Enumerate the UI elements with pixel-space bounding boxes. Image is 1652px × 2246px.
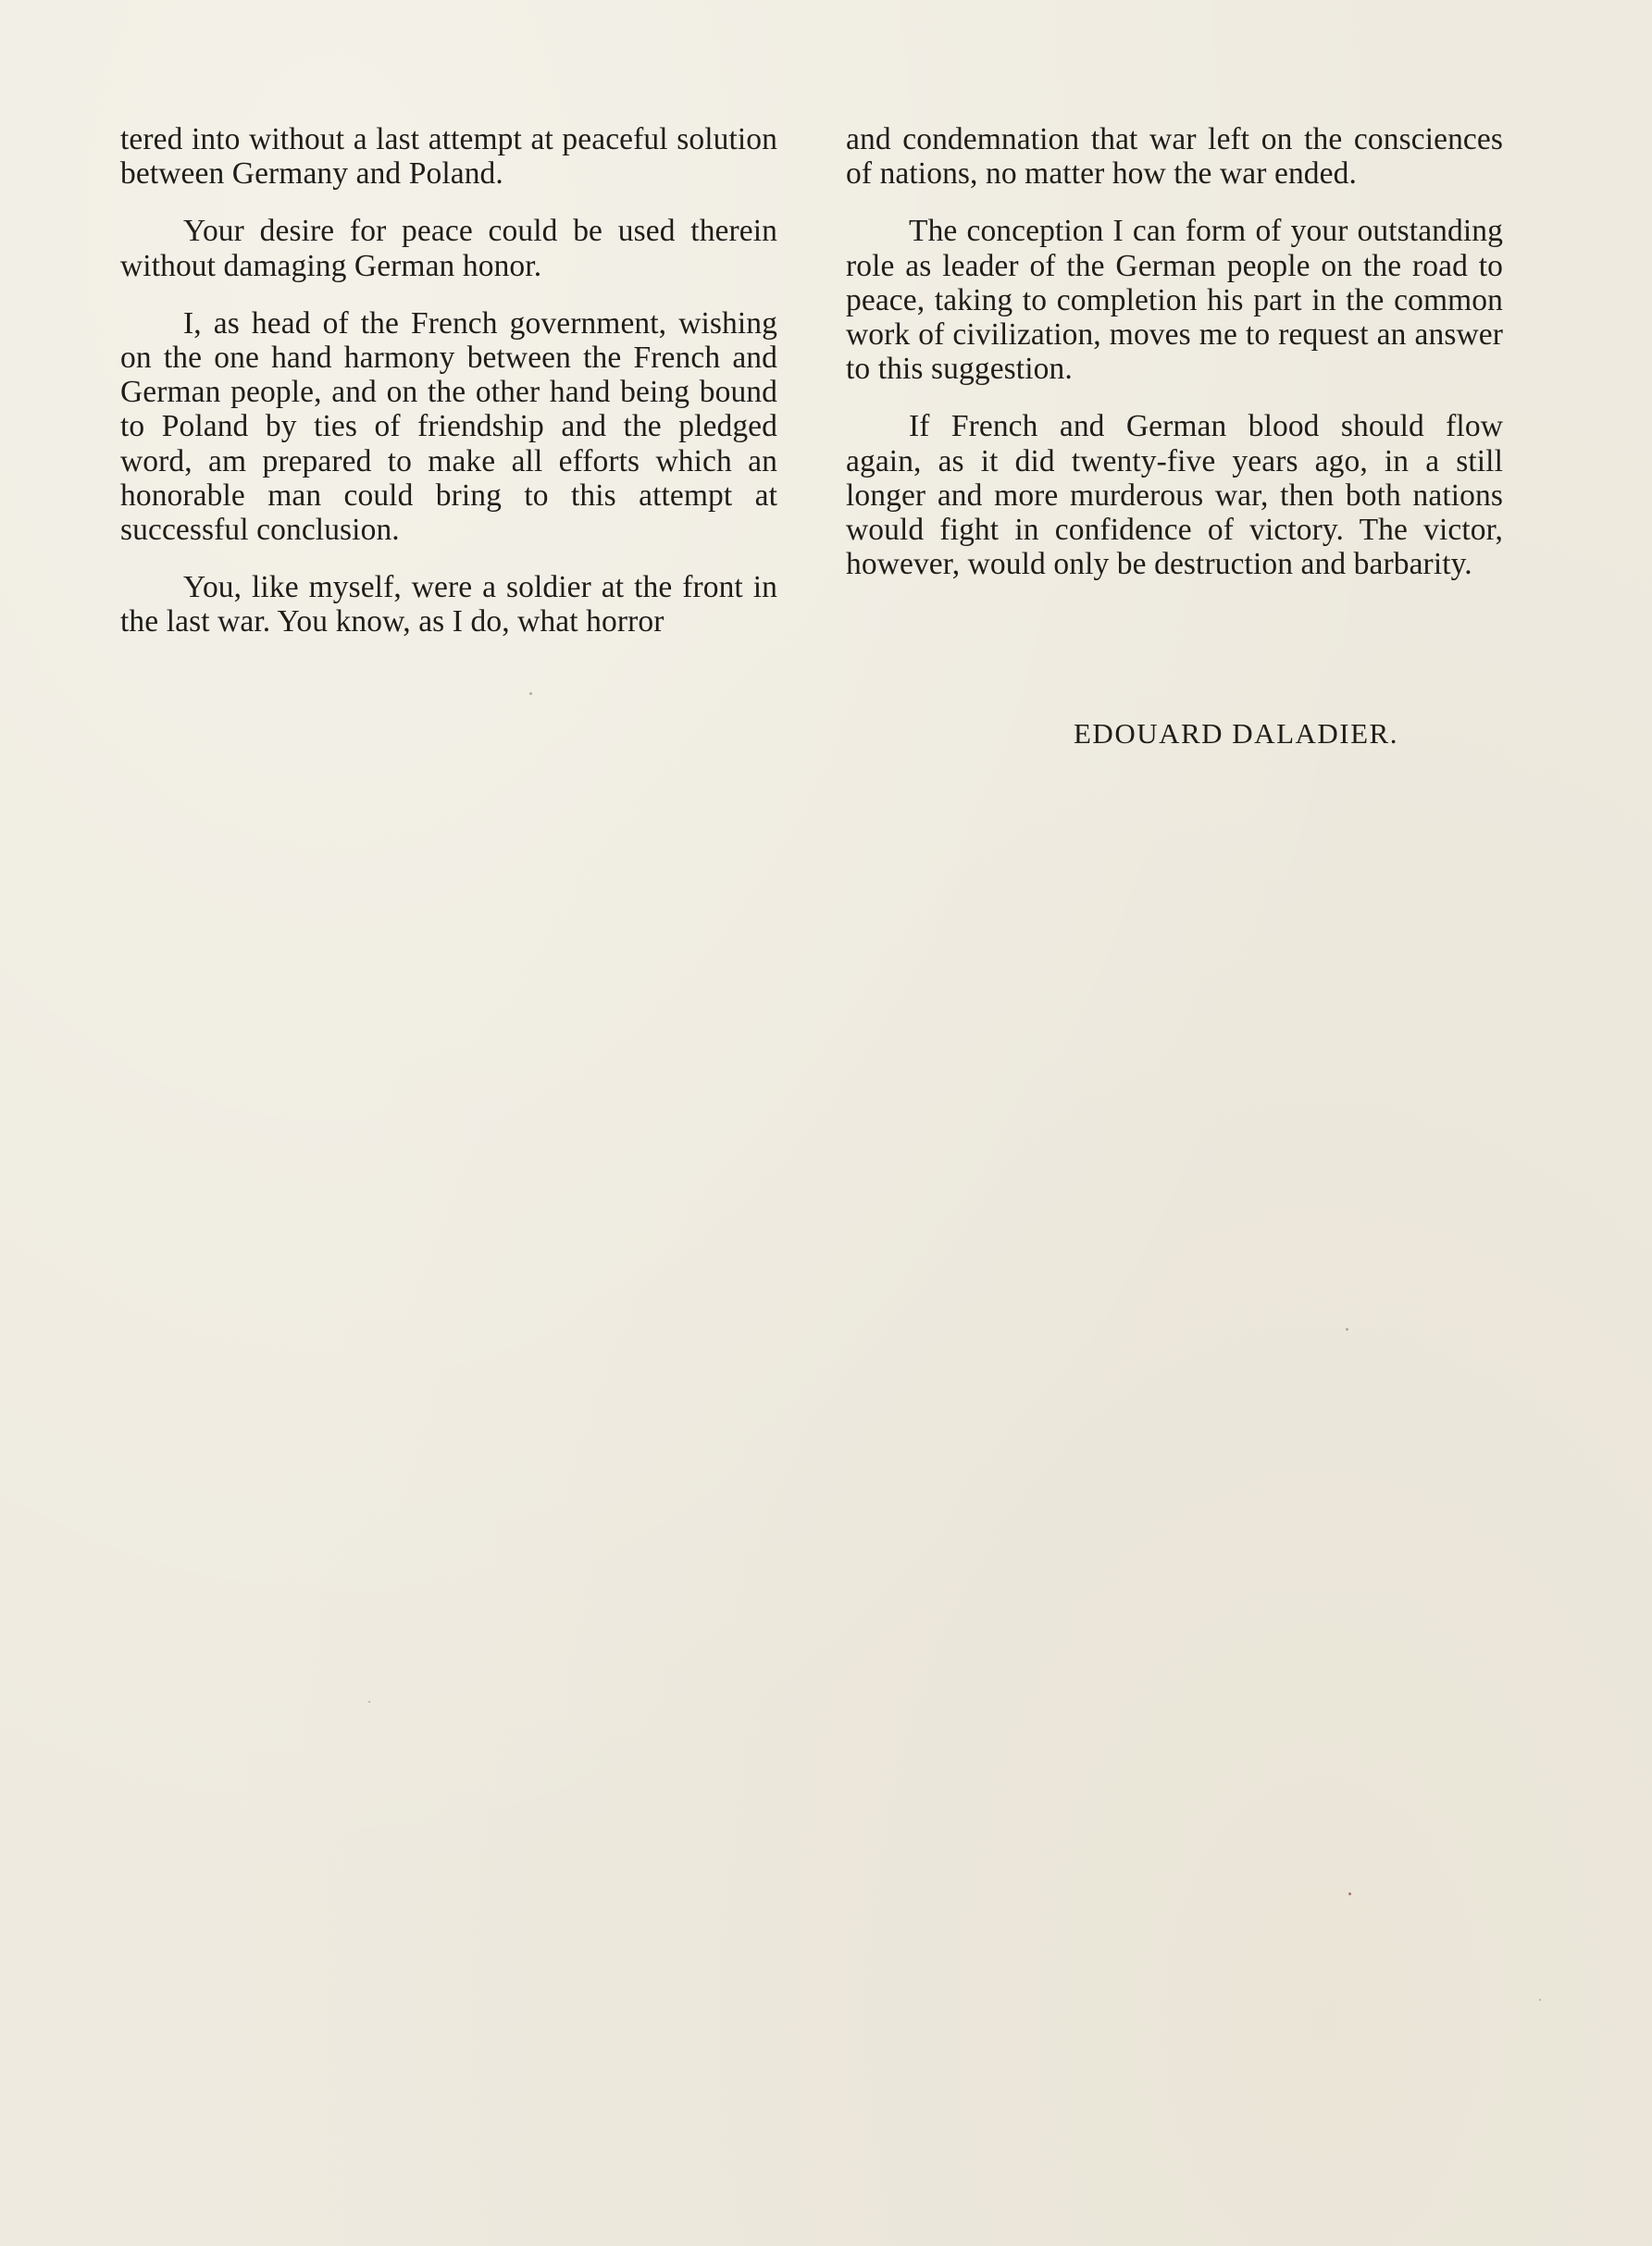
paragraph-continuation: tered into without a last attempt at pea…: [120, 122, 777, 191]
signature: EDOUARD DALADIER.: [1074, 717, 1398, 751]
paper-speck: [1346, 1328, 1348, 1331]
left-text-column: tered into without a last attempt at pea…: [120, 122, 777, 663]
paper-speck: [1348, 1892, 1351, 1895]
paragraph-blood-should-flow: If French and German blood should flow a…: [846, 409, 1503, 581]
paper-speck: [1539, 1999, 1541, 2001]
paper-speck: [529, 692, 532, 695]
paper-speck: [368, 1701, 370, 1703]
right-text-column: and condemnation that war left on the co…: [846, 122, 1503, 604]
paragraph-conception: The conception I can form of your out­st…: [846, 214, 1503, 386]
paragraph-desire-for-peace: Your desire for peace could be used ther…: [120, 214, 777, 282]
paragraph-head-of-government: I, as head of the French government, wis…: [120, 306, 777, 547]
paragraph-soldier-at-front: You, like myself, were a soldier at the …: [120, 570, 777, 639]
paragraph-condemnation: and condemnation that war left on the co…: [846, 122, 1503, 191]
